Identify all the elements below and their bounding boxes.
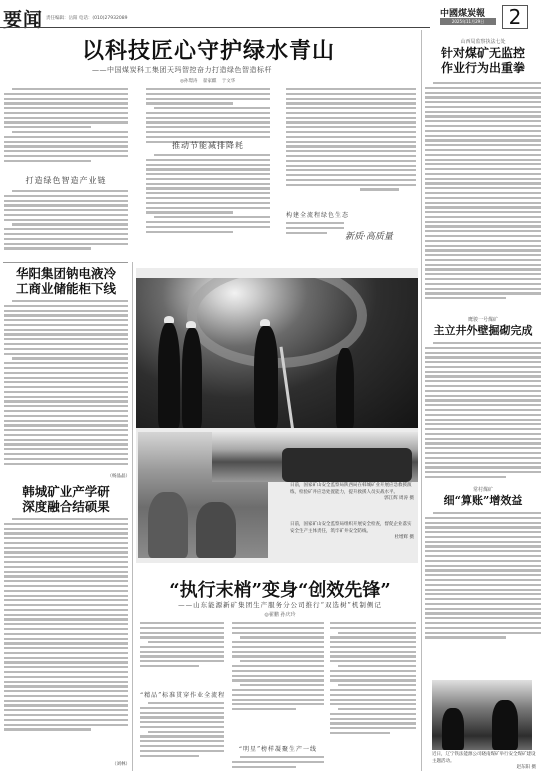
rescuer-figure xyxy=(196,502,236,558)
bottom-byline: ◎翟鹏 孙庆玲 xyxy=(140,611,420,618)
lead-body-col-2 xyxy=(146,88,270,143)
inspection-photo xyxy=(212,432,418,482)
lead-body-col-1 xyxy=(4,88,128,162)
left-story2-headline: 韩城矿业产学研 深度融合结硕果 xyxy=(4,484,128,514)
bottom-body-col-1 xyxy=(140,622,224,667)
lead-body-col-4 xyxy=(360,88,416,191)
column-rule xyxy=(421,30,422,771)
right-story2-kicker: 鹰骏一号煤矿 xyxy=(424,316,542,323)
meeting-photo xyxy=(432,680,532,750)
caption-text: 近日，辽宁铁法能源公司晓南煤矿举行安全煤矿建设主题活动。 xyxy=(432,752,536,764)
right-story3-body xyxy=(425,512,541,639)
helmet-icon xyxy=(164,316,174,323)
right-story2-headline: 主立井外壁掘砌完成 xyxy=(424,324,542,338)
masthead-rule xyxy=(0,27,430,28)
bottom-subtitle: ——山东能源新矿集团生产服务分公司推行“双选树”机制侧记 xyxy=(140,600,420,609)
divider xyxy=(3,262,128,263)
lead-byline: ◎孙璟涛 翟家麒 于文华 xyxy=(180,78,235,84)
right-story3-headline: 细“算账”增效益 xyxy=(424,494,542,508)
masthead: 要闻 责任编辑：岳阳 电话：(010)27932089 中國煤炭報 2025年1… xyxy=(0,0,543,30)
photo-caption-bottom: 日前，国家矿山安全监察局组织开展安全检查，督促企业落实安全生产主体责任，筑牢矿井… xyxy=(290,522,414,542)
caption-credit: 郭江辉 周涛 摄 xyxy=(290,496,414,503)
bottom-body-col-3 xyxy=(330,622,416,734)
helmet-icon xyxy=(186,321,196,328)
person-figure xyxy=(492,700,518,750)
caption-credit: 杜增辉 摄 xyxy=(290,535,414,542)
tunnel-photo xyxy=(136,278,418,428)
lead-body-col-2b xyxy=(146,154,270,233)
helmet-icon xyxy=(260,319,270,326)
rescuer-figure xyxy=(148,492,188,558)
caption-text: 日前，国家矿山安全监察局陕西局在韩城矿业开展应急救援演练，检验矿井应急处置能力，… xyxy=(290,483,412,495)
bottom-subhead-1: “精品”标准贯穿作业全流程 xyxy=(140,690,224,699)
photo-caption-top: 日前，国家矿山安全监察局陕西局在韩城矿业开展应急救援演练，检验矿井应急处置能力，… xyxy=(290,483,414,503)
right-story3-kicker: 常村煤矿 xyxy=(424,486,542,493)
worker-figure xyxy=(254,326,278,428)
bottom-subhead-2: “明星”榜样凝聚生产一线 xyxy=(232,744,324,753)
right-story1-body xyxy=(425,82,541,299)
paper-date: 2025年11月29日 xyxy=(440,18,496,25)
right-story1-kicker: 山西局监察执法七处 xyxy=(424,38,542,45)
left-story2-body xyxy=(4,518,128,731)
column-rule xyxy=(132,262,133,771)
worker-figure xyxy=(182,328,202,428)
left-story1-headline: 华阳集团钠电液冷 工商业储能柜下线 xyxy=(4,266,128,296)
lead-body-col-3b xyxy=(286,222,344,234)
worker-figure xyxy=(158,323,180,428)
caption-text: 日前，国家矿山安全监察局组织开展安全检查，督促企业落实安全生产主体责任，筑牢矿井… xyxy=(290,522,412,534)
lead-subtitle: ——中国煤炭科工集团天玛智控奋力打造绿色智造标杆 xyxy=(92,65,272,75)
right-photo-caption: 近日，辽宁铁法能源公司晓南煤矿举行安全煤矿建设主题活动。 赵东阳 摄 xyxy=(432,752,536,771)
caption-credit: 赵东阳 摄 xyxy=(432,765,536,771)
left-story2-signoff: （刘林） xyxy=(104,762,130,769)
editor-line: 责任编辑：岳阳 电话：(010)27932089 xyxy=(46,15,127,21)
right-story2-body xyxy=(425,342,541,478)
worker-figure xyxy=(336,348,354,428)
left-story1-signoff: （杨晶晶） xyxy=(100,474,130,481)
bottom-body-col-2 xyxy=(232,622,324,710)
lead-subhead-2: 推动节能减排降耗 xyxy=(146,140,270,151)
bottom-body-col-2b xyxy=(232,756,324,768)
lead-headline: 以科技匠心守护绿水青山 xyxy=(82,34,335,65)
officials-group xyxy=(282,448,412,482)
bottom-body-col-1b xyxy=(140,702,224,757)
left-story1-body xyxy=(4,300,128,465)
lead-subhead-1: 打造绿色智造产业链 xyxy=(4,175,128,186)
bottom-headline: “执行末梢”变身“创效先锋” xyxy=(150,576,410,602)
lead-body-col-1b xyxy=(4,190,128,250)
lead-subhead-3: 构建全流程绿色生态 xyxy=(286,210,346,219)
right-story1-headline: 针对煤矿无监控 作业行为出重拳 xyxy=(424,46,542,76)
person-figure xyxy=(442,708,464,750)
brand-banner: 新质·高质量 xyxy=(345,229,420,245)
page-number: 2 xyxy=(502,5,528,29)
